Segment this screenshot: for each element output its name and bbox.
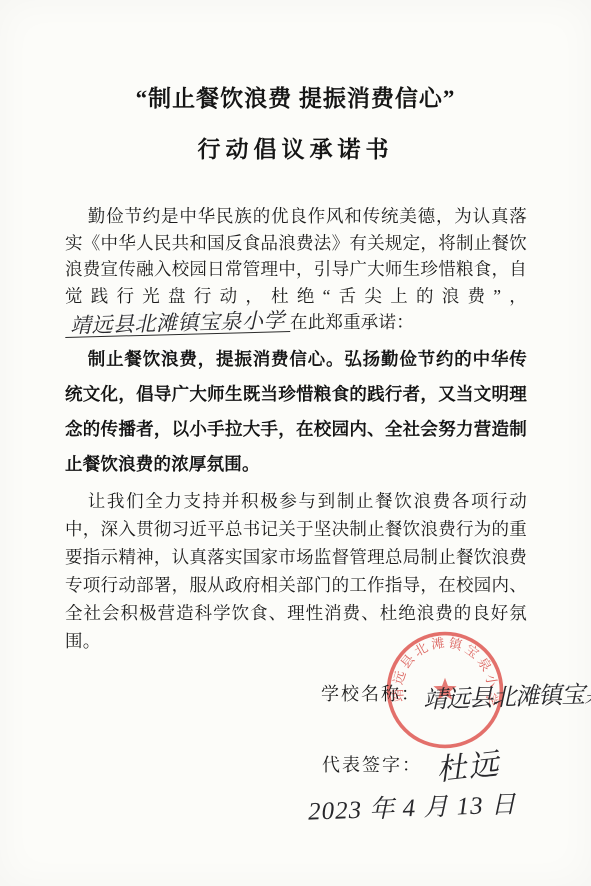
representative-signature-row: 代表签字：杜远 <box>322 742 500 786</box>
paragraph-intro: 勤俭节约是中华民族的优良作风和传统美德，为认真落实《中华人民共和国反食品浪费法》… <box>65 203 527 336</box>
school-name-handwritten-value: 靖远县北滩镇宝泉小学 <box>422 672 591 715</box>
representative-signature-handwritten: 杜远 <box>434 739 502 789</box>
date-handwritten: 2023 年 4 月 13 日 <box>307 784 517 827</box>
school-name-row: 学校名称：靖远县北滩镇宝泉小学 <box>321 676 591 711</box>
document-title-line2: 行动倡议承诺书 <box>0 131 591 164</box>
pledge-document-page: “制止餐饮浪费 提振消费信心” 行动倡议承诺书 勤俭节约是中华民族的优良作风和传… <box>0 0 591 886</box>
school-name-label: 学校名称： <box>321 684 421 704</box>
representative-signature-label: 代表签字： <box>322 755 422 775</box>
paragraph-commitment: 制止餐饮浪费，提振消费信心。弘扬勤俭节约的中华传统文化，倡导广大师生既当珍惜粮食… <box>65 342 527 482</box>
document-title-line1: “制止餐饮浪费 提振消费信心” <box>0 80 591 113</box>
paragraph-intro-text: 勤俭节约是中华民族的优良作风和传统美德，为认真落实《中华人民共和国反食品浪费法》… <box>65 206 527 306</box>
paragraph-action-plan: 让我们全力支持并积极参与到制止餐饮浪费各项行动中，深入贯彻习近平总书记关于坚决制… <box>65 487 527 655</box>
paragraph-intro-tail: 在此郑重承诺： <box>290 312 414 332</box>
school-name-handwritten-inline: 靖远县北滩镇宝泉小学 <box>65 310 290 338</box>
